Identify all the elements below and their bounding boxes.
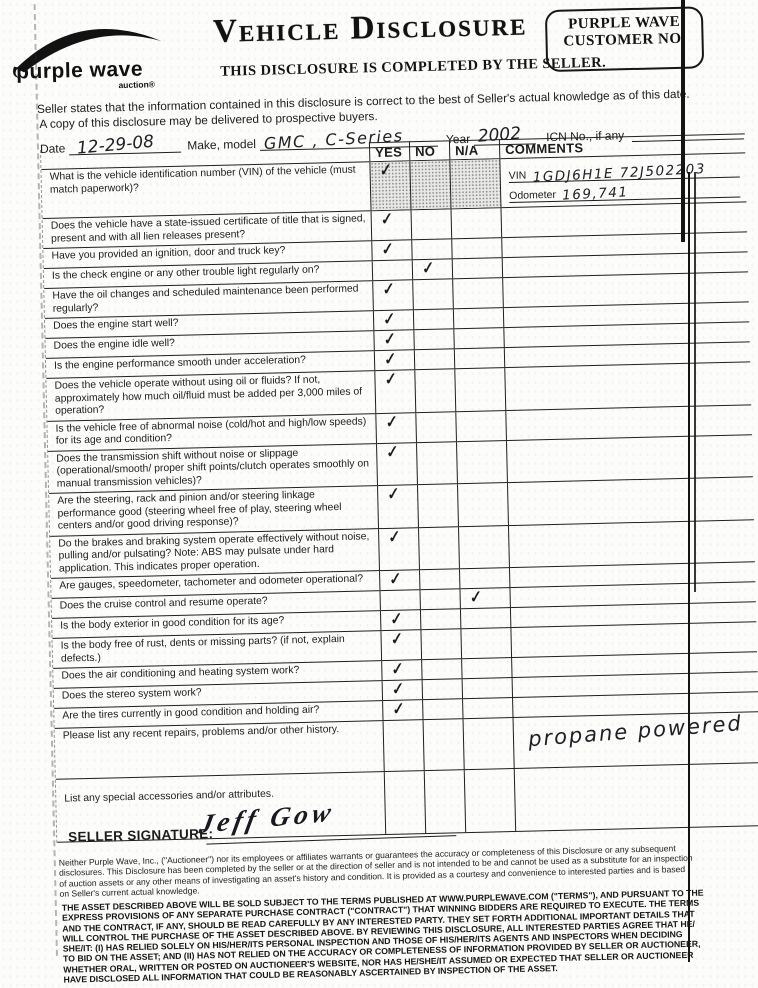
no-cell — [424, 770, 465, 833]
column-header-na: N/A — [449, 139, 499, 159]
scan-edge-line-double — [694, 172, 696, 592]
comments-cell — [505, 405, 752, 440]
yes-cell: ✓ — [380, 630, 421, 660]
checkmark-icon: ✓ — [389, 568, 402, 589]
no-cell — [412, 279, 453, 309]
no-cell — [417, 484, 458, 526]
vin-label: VIN — [509, 170, 527, 182]
na-cell — [451, 208, 502, 238]
yes-cell: ✓ — [371, 240, 411, 260]
vin-line: VIN 1GDJ6H1E 72J502203 — [509, 161, 740, 183]
comments-cell — [506, 435, 753, 482]
comments-cell — [507, 477, 754, 524]
no-cell — [411, 209, 452, 239]
na-cell — [456, 441, 507, 484]
no-cell — [416, 442, 457, 484]
checkmark-icon: ✓ — [383, 328, 396, 349]
yes-cell: ✓ — [382, 700, 422, 720]
no-cell — [419, 569, 459, 589]
na-cell — [453, 328, 503, 348]
no-cell — [418, 527, 459, 569]
na-cell — [449, 159, 500, 208]
checkmark-icon: ✓ — [391, 658, 404, 679]
question-rows-container: Does the vehicle have a state-issued cer… — [43, 202, 758, 842]
na-cell — [454, 368, 505, 411]
comments-cell — [500, 202, 747, 237]
yes-cell: ✓ — [371, 210, 412, 240]
checkmark-icon: ✓ — [385, 411, 398, 432]
no-cell — [420, 609, 460, 629]
na-cell — [457, 483, 508, 526]
no-cell: ✓ — [412, 259, 452, 279]
no-cell — [413, 309, 453, 329]
na-cell — [452, 278, 503, 308]
checkmark-icon: ✓ — [387, 483, 400, 504]
question-text: Please list any recent repairs, problems… — [55, 721, 384, 779]
no-cell — [414, 369, 455, 411]
na-cell — [454, 348, 504, 368]
no-cell — [419, 589, 459, 609]
checkmark-icon: ✓ — [384, 348, 397, 369]
disclosure-table: YES NO N/A COMMENTS What is the vehicle … — [40, 133, 758, 842]
checkmark-icon: ✓ — [384, 368, 397, 389]
na-cell — [464, 769, 515, 832]
question-text: What is the vehicle identification numbe… — [41, 162, 370, 218]
seller-signature-label: SELLER SIGNATURE: — [68, 826, 213, 844]
comments-cell — [514, 763, 758, 831]
na-cell — [453, 308, 503, 328]
handwritten-comment: propane powered — [527, 711, 743, 751]
no-cell — [421, 659, 461, 679]
checkmark-icon: ✓ — [422, 257, 435, 278]
checkmark-icon: ✓ — [382, 278, 395, 299]
comments-cell — [504, 362, 751, 409]
question-text: Does the vehicle operate without using o… — [46, 371, 375, 420]
na-cell — [462, 698, 512, 718]
checkmark-icon: ✓ — [390, 628, 403, 649]
na-cell — [459, 568, 509, 588]
no-cell — [422, 699, 462, 719]
na-cell — [455, 411, 506, 441]
na-cell — [461, 658, 511, 678]
yes-cell: ✓ — [369, 161, 410, 210]
na-cell — [462, 678, 512, 698]
no-cell — [422, 679, 462, 699]
na-cell — [451, 238, 501, 258]
na-cell — [458, 526, 509, 569]
comments-cell — [508, 520, 755, 567]
yes-cell: ✓ — [378, 528, 419, 570]
column-header-no: NO — [409, 140, 449, 160]
checkmark-icon: ✓ — [392, 698, 405, 719]
scan-edge-line-top — [681, 0, 685, 242]
checkmark-icon: ✓ — [469, 586, 482, 607]
terms-paragraph: THE ASSET DESCRIBED ABOVE WILL BE SOLD S… — [62, 886, 758, 985]
no-cell — [411, 239, 451, 259]
no-cell — [413, 329, 453, 349]
checkmark-icon: ✓ — [380, 208, 393, 229]
no-cell — [414, 349, 454, 369]
yes-cell: ✓ — [374, 370, 415, 412]
question-text: Does the transmission shift without nois… — [48, 444, 377, 493]
yes-cell: ✓ — [377, 485, 418, 527]
column-header-yes: YES — [369, 141, 409, 161]
logo-tagline: auction® — [118, 79, 155, 90]
yes-cell — [379, 590, 419, 610]
scanned-vehicle-disclosure-form: purple wave auction® Vehicle Disclosure … — [0, 0, 758, 988]
yes-cell: ✓ — [376, 443, 417, 485]
checkmark-icon: ✓ — [390, 608, 403, 629]
na-cell — [452, 258, 502, 278]
question-text: Are the steering, rack and pinion and/or… — [49, 486, 378, 535]
yes-cell — [383, 720, 424, 771]
checkmark-icon: ✓ — [388, 526, 401, 547]
yes-cell: ✓ — [381, 660, 421, 680]
yes-cell: ✓ — [372, 280, 413, 310]
comments-cell — [502, 272, 749, 307]
yes-cell — [384, 771, 425, 834]
checkmark-icon: ✓ — [379, 159, 392, 180]
page-title: Vehicle Disclosure — [175, 6, 566, 52]
na-cell: ✓ — [459, 588, 509, 608]
checkmark-icon: ✓ — [391, 678, 404, 699]
yes-cell — [372, 260, 412, 280]
customer-box-line2: CUSTOMER NO. — [547, 30, 701, 51]
checkmark-icon: ✓ — [383, 308, 396, 329]
yes-cell: ✓ — [373, 330, 413, 350]
yes-cell: ✓ — [382, 680, 422, 700]
checkmark-icon: ✓ — [381, 238, 394, 259]
no-cell — [409, 160, 450, 209]
checkmark-icon: ✓ — [386, 441, 399, 462]
na-cell — [460, 628, 511, 658]
yes-cell: ✓ — [380, 610, 420, 630]
comments-cell: VIN 1GDJ6H1E 72J502203 Odometer 169,741 — [499, 153, 746, 207]
no-cell — [420, 629, 461, 659]
yes-cell: ✓ — [374, 350, 414, 370]
question-text: Do the brakes and braking system operate… — [50, 529, 379, 578]
no-cell — [415, 412, 456, 442]
scan-edge-line-main — [688, 172, 690, 962]
yes-cell: ✓ — [375, 413, 416, 443]
na-cell — [460, 608, 510, 628]
yes-cell: ✓ — [373, 310, 413, 330]
no-cell — [423, 719, 464, 770]
yes-cell: ✓ — [379, 570, 419, 590]
na-cell — [463, 718, 514, 769]
comments-cell: propane powered — [513, 712, 758, 768]
odometer-label: Odometer — [509, 189, 556, 202]
odometer-handwritten-value: 169,741 — [562, 184, 629, 203]
comments-cell — [510, 622, 757, 657]
